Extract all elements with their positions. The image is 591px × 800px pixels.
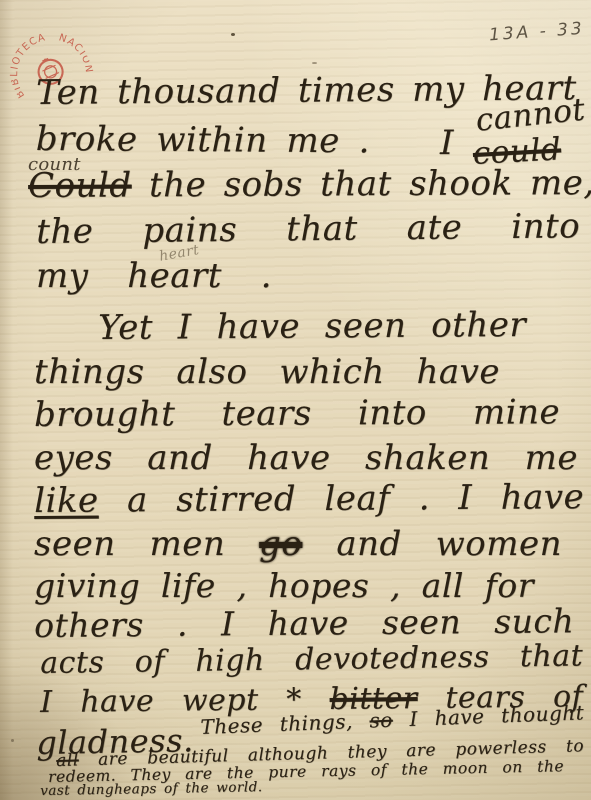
word-struck-go: go	[259, 524, 302, 564]
manuscript-line: the pains that ate into	[36, 207, 580, 252]
line-text: broke within me .	[36, 119, 370, 161]
manuscript-line: vast dungheaps of the world.	[40, 780, 254, 799]
manuscript-line: Yet I have seen other	[98, 306, 526, 348]
line-text: others . I have seen such	[34, 601, 574, 645]
manuscript-line: seen men go and women	[34, 525, 562, 564]
word-struck-Could: Could	[28, 165, 132, 206]
line-text: things also which have	[34, 352, 500, 392]
manuscript-line: giving life , hopes , all for	[34, 567, 534, 605]
word-struck-so: so	[369, 708, 393, 733]
manuscript-line: eyes and have shaken me	[34, 439, 578, 478]
line-text: Yet I have seen other	[98, 305, 526, 348]
line-text: my heart .	[36, 256, 272, 296]
manuscript-line: acts of high devotedness that	[40, 639, 583, 681]
ink-speck	[231, 33, 235, 36]
line-text: and women	[336, 524, 562, 564]
ink-speck	[312, 62, 317, 64]
line-text: a stirred leaf . I have	[127, 477, 584, 520]
manuscript-line: brought tears into mine	[34, 393, 560, 435]
manuscript-page: BIBLIOTECA NACIONAL 13A - 33 Ten thousan…	[0, 0, 591, 800]
line-text: These things,	[200, 709, 353, 739]
line-text: seen men	[34, 524, 225, 564]
line-text: brought tears into mine	[34, 392, 560, 435]
manuscript-line: I	[440, 124, 454, 163]
ink-speck	[11, 739, 14, 742]
line-text: giving life , hopes , all for	[34, 566, 534, 605]
manuscript-line: others . I have seen such	[34, 602, 574, 645]
line-text: vast dungheaps of the world.	[40, 779, 263, 799]
manuscript-line: broke within me .	[36, 120, 370, 161]
line-text: the sobs that shook me,	[149, 163, 591, 205]
manuscript-line: things also which have	[34, 353, 500, 392]
line-text: acts of high devotedness that	[40, 638, 583, 681]
line-text: eyes and have shaken me	[34, 438, 578, 478]
archive-number: 13A - 33	[488, 19, 585, 46]
manuscript-line: like a stirred leaf . I have	[34, 478, 584, 521]
line-text: the pains that ate into	[36, 206, 580, 252]
manuscript-line: Could the sobs that shook me,	[28, 164, 576, 206]
manuscript-line: my heart .	[36, 257, 272, 296]
word-underlined-like: like	[34, 481, 99, 521]
line-text: I	[440, 123, 454, 163]
